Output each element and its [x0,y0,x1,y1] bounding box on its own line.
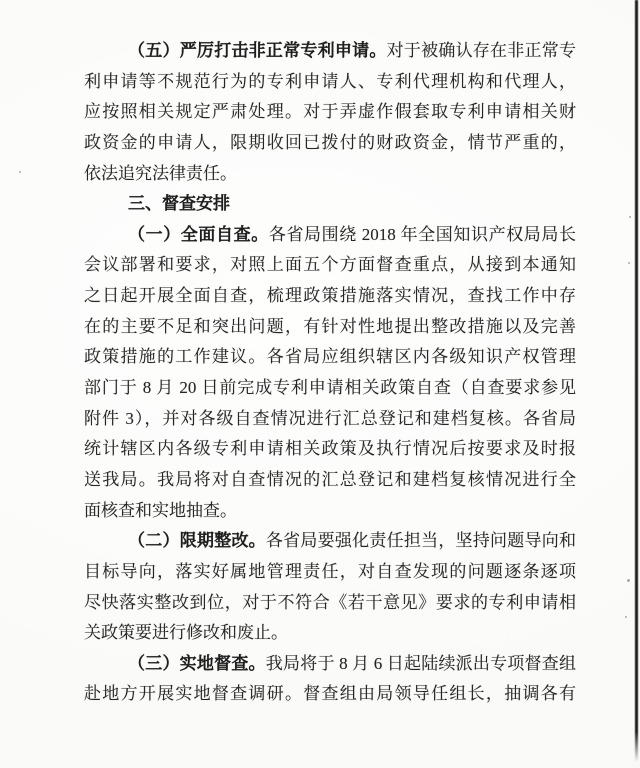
text-line: 三、督查安排 [84,189,576,220]
text-segment: 尽快落实整改到位，对于不符合《若干意见》要求的专利申请相 [84,593,576,612]
text-line: 赴地方开展实地督查调研。督查组由局领导任组长，抽调各有 [84,679,576,710]
text-segment: 会议部署和要求，对照上面五个方面督查重点，从接到本通知 [84,255,576,274]
text-line: 部门于 8 月 20 日前完成专利申请相关政策自查（自查要求参见 [84,373,576,404]
text-segment: 目标导向，落实好属地管理责任，对自查发现的问题逐条逐项 [84,562,576,581]
text-line: （二）限期整改。各省局要强化责任担当，坚持问题导向和 [84,526,576,557]
text-line: 目标导向，落实好属地管理责任，对自查发现的问题逐条逐项 [84,557,576,588]
text-segment: 我局将于 8 月 6 日起陆续派出专项督查组 [266,654,576,673]
text-segment: 附件 3），并对各级自查情况进行汇总登记和建档复核。各省局 [84,409,576,428]
text-line: （三）实地督查。我局将于 8 月 6 日起陆续派出专项督查组 [84,649,576,680]
text-line: 送我局。我局将对自查情况的汇总登记和建档复核情况进行全 [84,465,576,496]
scan-speckle [629,216,631,218]
scan-speckle [627,579,630,582]
text-line: （一）全面自查。各省局围绕 2018 年全国知识产权局局长 [84,220,576,251]
bold-text-segment: （一）全面自查。 [128,225,269,244]
text-segment: 利申请等不规范行为的专利申请人、专利代理机构和代理人， [84,72,576,91]
text-line: 会议部署和要求，对照上面五个方面督查重点，从接到本通知 [84,250,576,281]
bold-text-segment: 三、督查安排 [128,194,230,213]
text-segment: 关政策要进行修改和废止。 [84,623,288,642]
text-line: （五）严厉打击非正常专利申请。对于被确认存在非正常专 [84,36,576,67]
scan-edge-shadow [635,0,638,762]
text-segment: 统计辖区内各级专利申请相关政策及执行情况后按要求及时报 [84,439,576,458]
bold-text-segment: （五）严厉打击非正常专利申请。 [128,41,387,60]
bold-text-segment: （二）限期整改。 [128,531,266,550]
text-line: 关政策要进行修改和废止。 [84,618,576,649]
document-page: （五）严厉打击非正常专利申请。对于被确认存在非正常专利申请等不规范行为的专利申请… [0,0,640,768]
text-block: （五）严厉打击非正常专利申请。对于被确认存在非正常专利申请等不规范行为的专利申请… [84,36,576,710]
text-segment: 在的主要不足和突出问题，有针对性地提出整改措施以及完善 [84,317,576,336]
scan-speckle [19,171,21,173]
scan-speckle [628,262,630,264]
text-segment: 依法追究法律责任。 [84,164,237,183]
text-line: 附件 3），并对各级自查情况进行汇总登记和建档复核。各省局 [84,404,576,435]
text-line: 面核查和实地抽查。 [84,496,576,527]
text-line: 之日起开展全面自查，梳理政策措施落实情况，查找工作中存 [84,281,576,312]
text-line: 政资金的申请人，限期收回已拨付的财政资金，情节严重的， [84,128,576,159]
text-line: 利申请等不规范行为的专利申请人、专利代理机构和代理人， [84,67,576,98]
text-line: 统计辖区内各级专利申请相关政策及执行情况后按要求及时报 [84,434,576,465]
text-segment: 应按照相关规定严肃处理。对于弄虚作假套取专利申请相关财 [84,102,576,121]
text-segment: 之日起开展全面自查，梳理政策措施落实情况，查找工作中存 [84,286,576,305]
bold-text-segment: （三）实地督查。 [128,654,266,673]
text-segment: 赴地方开展实地督查调研。督查组由局领导任组长，抽调各有 [84,684,576,703]
text-segment: 送我局。我局将对自查情况的汇总登记和建档复核情况进行全 [84,470,576,489]
text-line: 依法追究法律责任。 [84,159,576,190]
text-segment: 政资金的申请人，限期收回已拨付的财政资金，情节严重的， [84,133,576,152]
text-line: 在的主要不足和突出问题，有针对性地提出整改措施以及完善 [84,312,576,343]
text-segment: 各省局要强化责任担当，坚持问题导向和 [266,531,576,550]
text-segment: 部门于 8 月 20 日前完成专利申请相关政策自查（自查要求参见 [84,378,576,397]
text-segment: 面核查和实地抽查。 [84,501,237,520]
text-line: 尽快落实整改到位，对于不符合《若干意见》要求的专利申请相 [84,588,576,619]
text-line: 政策措施的工作建议。各省局应组织辖区内各级知识产权管理 [84,342,576,373]
text-segment: 对于被确认存在非正常专 [387,41,576,60]
scan-speckle [625,616,627,618]
text-line: 应按照相关规定严肃处理。对于弄虚作假套取专利申请相关财 [84,97,576,128]
text-segment: 各省局围绕 2018 年全国知识产权局局长 [269,225,576,244]
text-segment: 政策措施的工作建议。各省局应组织辖区内各级知识产权管理 [84,347,576,366]
